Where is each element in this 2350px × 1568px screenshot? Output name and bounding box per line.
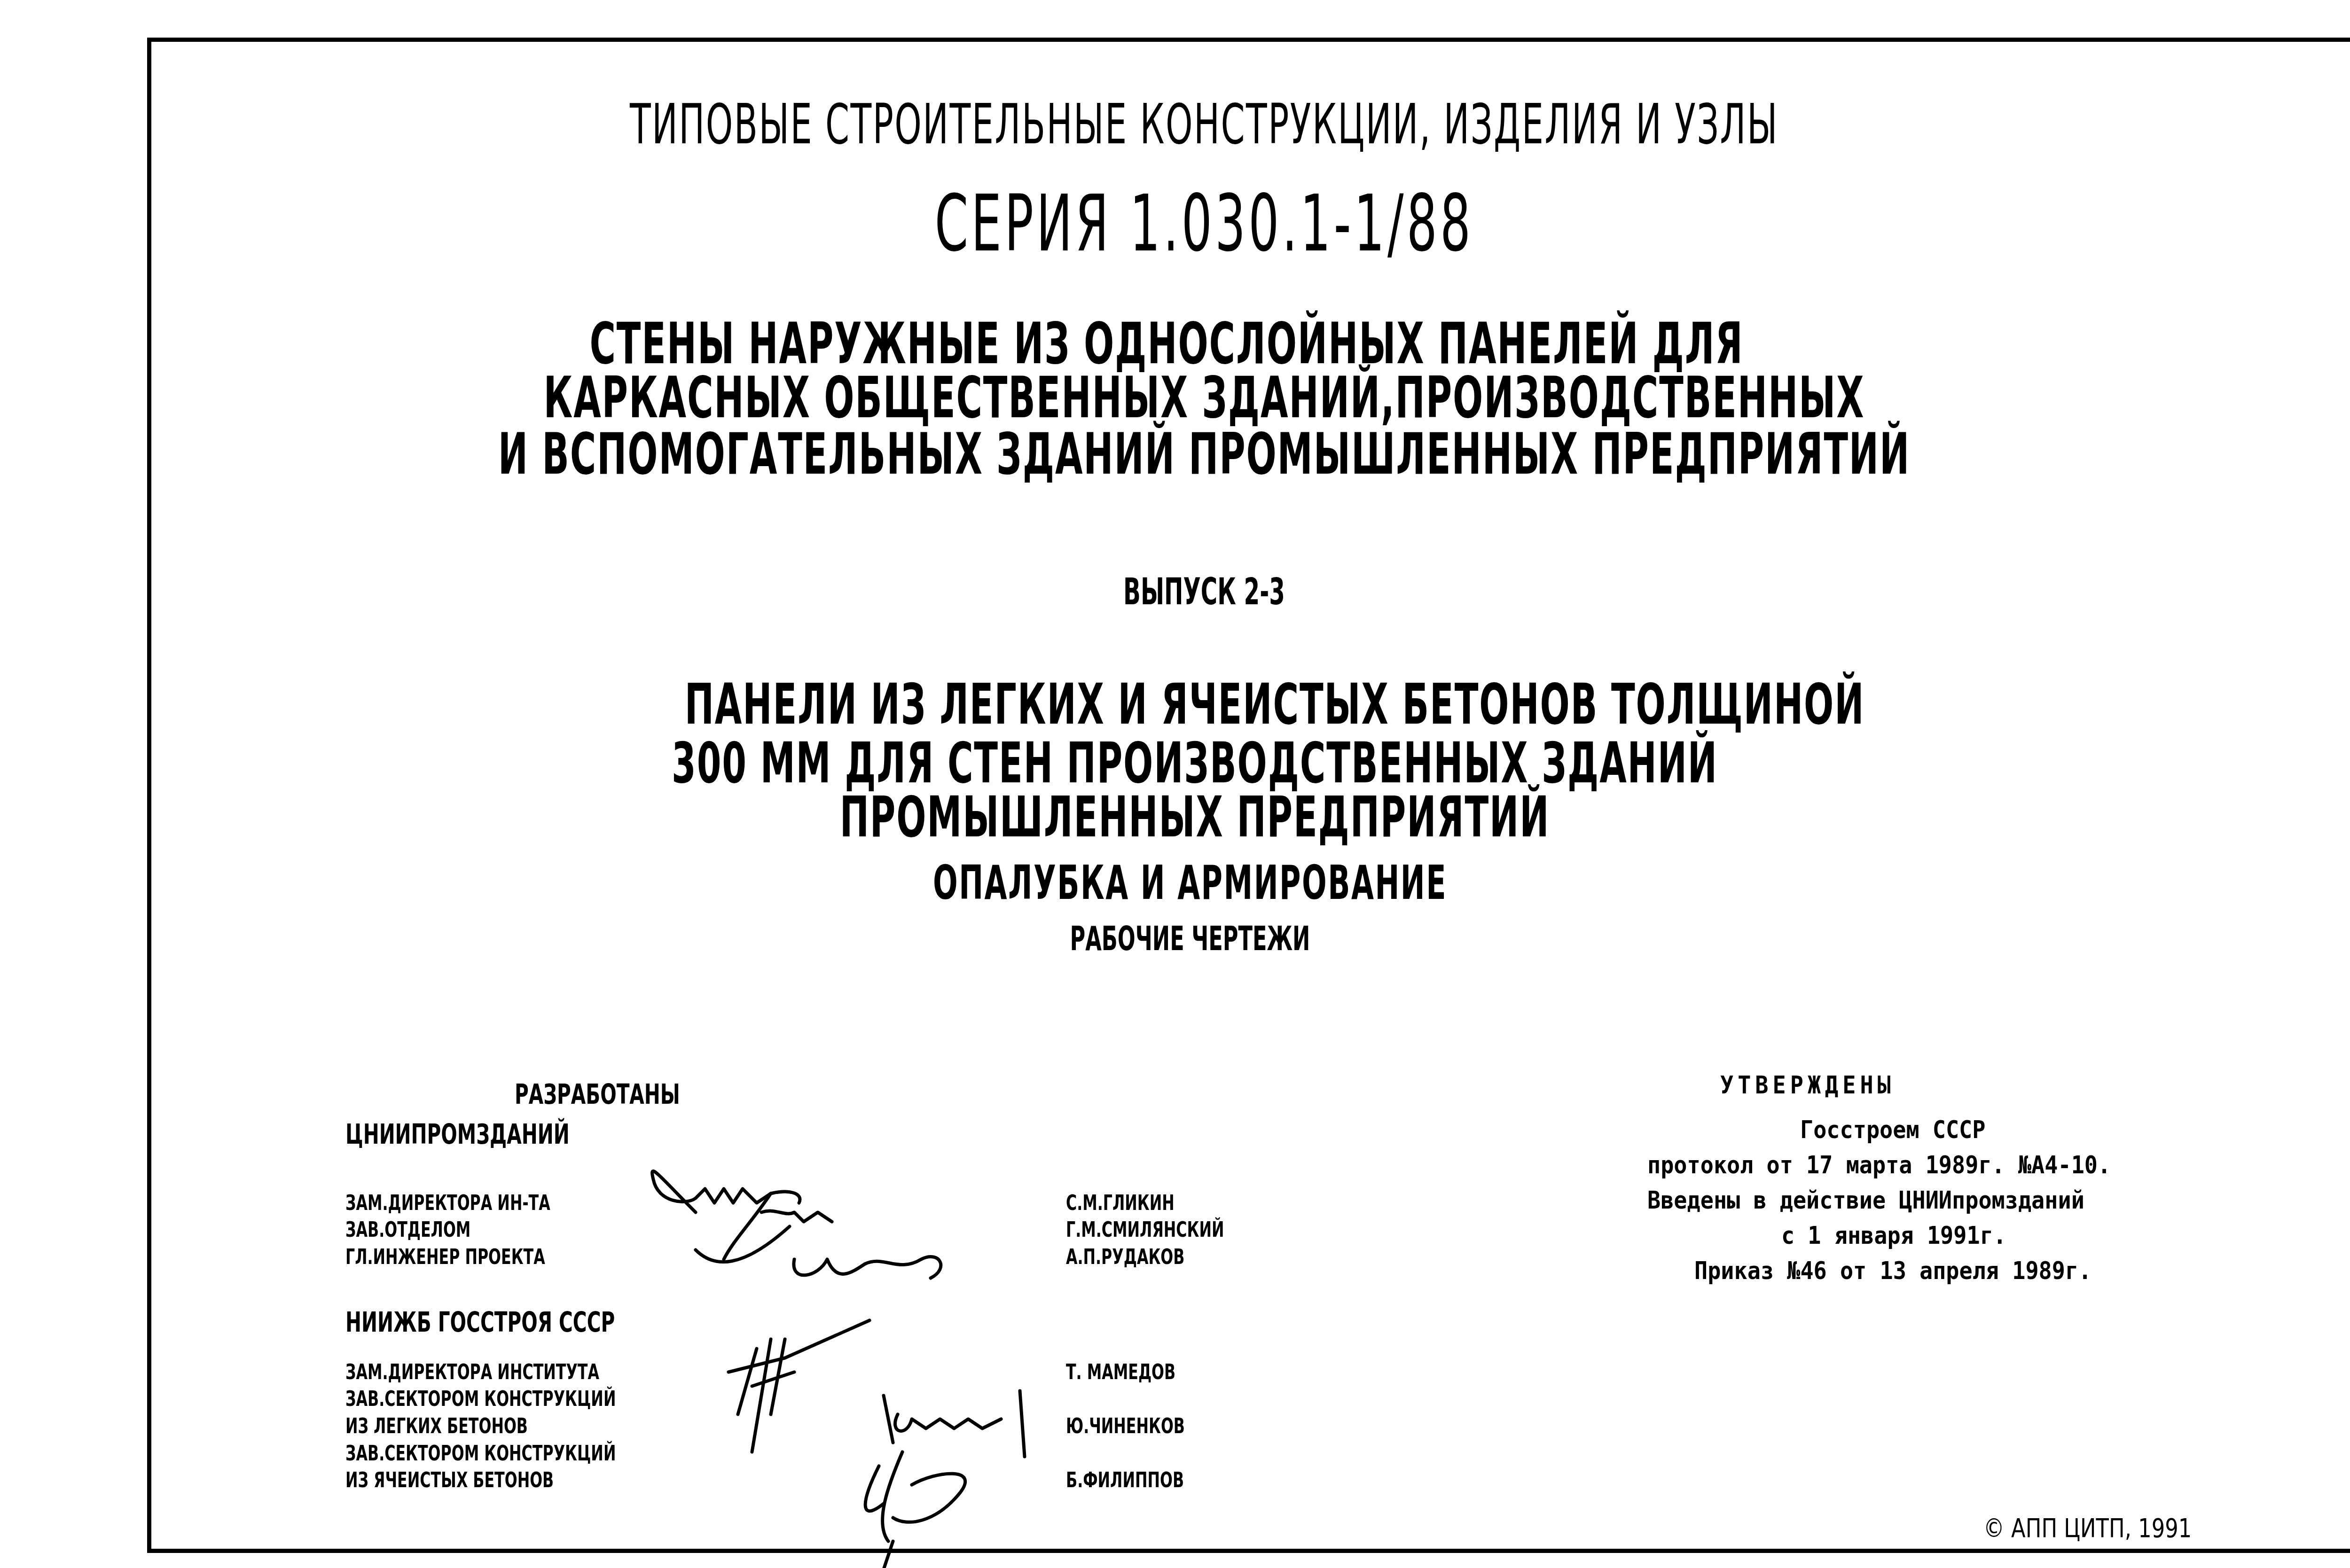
- role: ИЗ ЯЧЕИСТЫХ БЕТОНОВ: [345, 1468, 554, 1492]
- person-name: Г.М.СМИЛЯНСКИЙ: [1066, 1218, 1224, 1242]
- person-name: А.П.РУДАКОВ: [1066, 1245, 1184, 1269]
- signature-rudakov: [790, 1240, 1001, 1297]
- copyright: © АПП ЦИТП, 1991: [1983, 1513, 2192, 1544]
- subtitle-line-1: ПАНЕЛИ ИЗ ЛЕГКИХ И ЯЧЕИСТЫХ БЕТОНОВ ТОЛЩ…: [528, 672, 2021, 737]
- document-type: РАБОЧИЕ ЧЕРТЕЖИ: [444, 919, 1937, 958]
- subtitle-line-3: ПРОМЫШЛЕННЫХ ПРЕДПРИЯТИЙ: [448, 785, 1942, 850]
- role: ЗАМ.ДИРЕКТОРА ИН-ТА: [345, 1191, 550, 1215]
- person-name: Ю.ЧИНЕНКОВ: [1066, 1414, 1185, 1438]
- issue-label: ВЫПУСК 2-3: [458, 571, 1951, 613]
- role: ИЗ ЛЕГКИХ БЕТОНОВ: [345, 1414, 528, 1438]
- org-niizhb: НИИЖБ ГОССТРОЯ СССР: [345, 1306, 615, 1338]
- role: ЗАВ.ОТДЕЛОМ: [345, 1218, 470, 1242]
- approved-heading: УТВЕРЖДЕНЫ: [1720, 1071, 1895, 1100]
- person-name: Т. МАМЕДОВ: [1066, 1360, 1175, 1384]
- collection-title: ТИПОВЫЕ СТРОИТЕЛЬНЫЕ КОНСТРУКЦИИ, ИЗДЕЛИ…: [458, 92, 1951, 156]
- series-number: СЕРИЯ 1.030.1-1/88: [458, 179, 1951, 269]
- approved-line-2: протокол от 17 марта 1989г. №А4-10.: [1647, 1151, 2111, 1179]
- signature-filippov: [841, 1447, 1029, 1568]
- approved-line-3: Введены в действие ЦНИИпромзданий: [1647, 1186, 2084, 1215]
- approved-line-1: Госстроем СССР: [1800, 1116, 1985, 1144]
- person-name: С.М.ГЛИКИН: [1066, 1191, 1175, 1215]
- signature-chinenkov: [879, 1391, 1043, 1457]
- person-name: Б.ФИЛИППОВ: [1066, 1468, 1184, 1492]
- role: ГЛ.ИНЖЕНЕР ПРОЕКТА: [345, 1245, 545, 1269]
- role: ЗАВ.СЕКТОРОМ КОНСТРУКЦИЙ: [345, 1442, 616, 1466]
- approved-line-5: Приказ №46 от 13 апреля 1989г.: [1694, 1257, 2091, 1285]
- org-tsniipromzdaniy: ЦНИИПРОМЗДАНИЙ: [345, 1118, 570, 1150]
- role: ЗАВ.СЕКТОРОМ КОНСТРУКЦИЙ: [345, 1387, 616, 1411]
- role: ЗАМ.ДИРЕКТОРА ИНСТИТУТА: [345, 1360, 599, 1384]
- title-line-3: И ВСПОМОГАТЕЛЬНЫХ ЗДАНИЙ ПРОМЫШЛЕННЫХ ПР…: [458, 421, 1951, 487]
- section-title: ОПАЛУБКА И АРМИРОВАНИЕ: [444, 855, 1937, 910]
- developed-heading: РАЗРАБОТАНЫ: [515, 1078, 680, 1110]
- approved-line-4: с 1 января 1991г.: [1781, 1222, 2006, 1250]
